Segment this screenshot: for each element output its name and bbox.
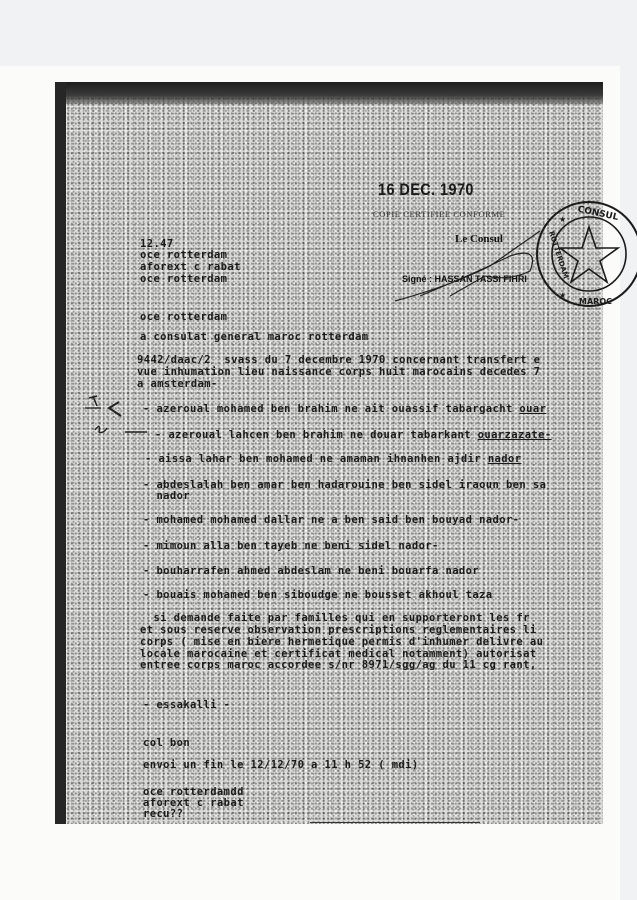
intro-line: a amsterdam- (137, 379, 218, 390)
recipient-line: a consulat general maroc rotterdam (140, 332, 369, 343)
header-line: oce rotterdam (140, 274, 227, 285)
intro-line: 9442/daac/2 svass du 7 decembre 1970 con… (137, 355, 540, 366)
intro-line: vue inhumation lieu naissance corps huit… (137, 367, 540, 378)
deceased-item: - abdeslalah ben amar ben hadarouine ben… (143, 480, 546, 502)
body-line: et sous reserve observation prescription… (140, 625, 537, 636)
deceased-item: - mimoun alla ben tayeb ne beni sidel na… (143, 541, 439, 552)
header-line: aforext c rabat (140, 262, 241, 273)
svg-text:MAROC: MAROC (579, 297, 612, 306)
deceased-item: - bouharrafen ahmed abdeslam ne beni bou… (143, 566, 479, 577)
date-stamp: 16 DEC. 1970 (378, 180, 474, 200)
sent-timestamp: envoi un fin le 12/12/70 a 11 h 52 ( mdi… (143, 760, 419, 771)
footer-line: recu?? (143, 809, 183, 820)
handwritten-signature-icon (390, 226, 550, 306)
divider (310, 822, 480, 823)
address-line: oce rotterdam (140, 312, 227, 323)
svg-text:★: ★ (559, 291, 566, 300)
deceased-item: - bouais mohamed ben siboudge ne bousset… (143, 590, 493, 601)
deceased-item: - aissa lahar ben mohamed ne amaman ihna… (145, 454, 521, 465)
copy-dark-top-edge (55, 82, 603, 104)
body-line: entree corps maroc accordee s/nr 8971/sg… (140, 660, 537, 671)
handwritten-margin-marks-icon (85, 392, 155, 442)
deceased-item: - azeroual mohamed ben brahim ne ait oua… (143, 404, 546, 415)
svg-text:ROTTERDAM: ROTTERDAM (547, 230, 570, 280)
deceased-item: - azeroual lahcen ben brahim ne douar ta… (155, 430, 552, 441)
col-bon: col bon (143, 738, 190, 749)
body-line: corps ( mise en biere hermetique permis … (140, 637, 543, 648)
deceased-item: - mohamed mohamed dallar ne a ben said b… (143, 515, 519, 526)
body-line: si demande faite par familles qui en sup… (140, 613, 530, 624)
certified-copy-label: COPIE CERTIFIEE CONFORME (373, 209, 505, 219)
svg-text:★: ★ (559, 215, 566, 224)
header-line: oce rotterdam (140, 250, 227, 261)
copy-dark-left-edge (55, 82, 66, 824)
signoff: - essakalli - (143, 700, 230, 711)
consulate-seal-icon: ★ ★ CONSUL MAROC ROTTERDAM (527, 192, 637, 307)
